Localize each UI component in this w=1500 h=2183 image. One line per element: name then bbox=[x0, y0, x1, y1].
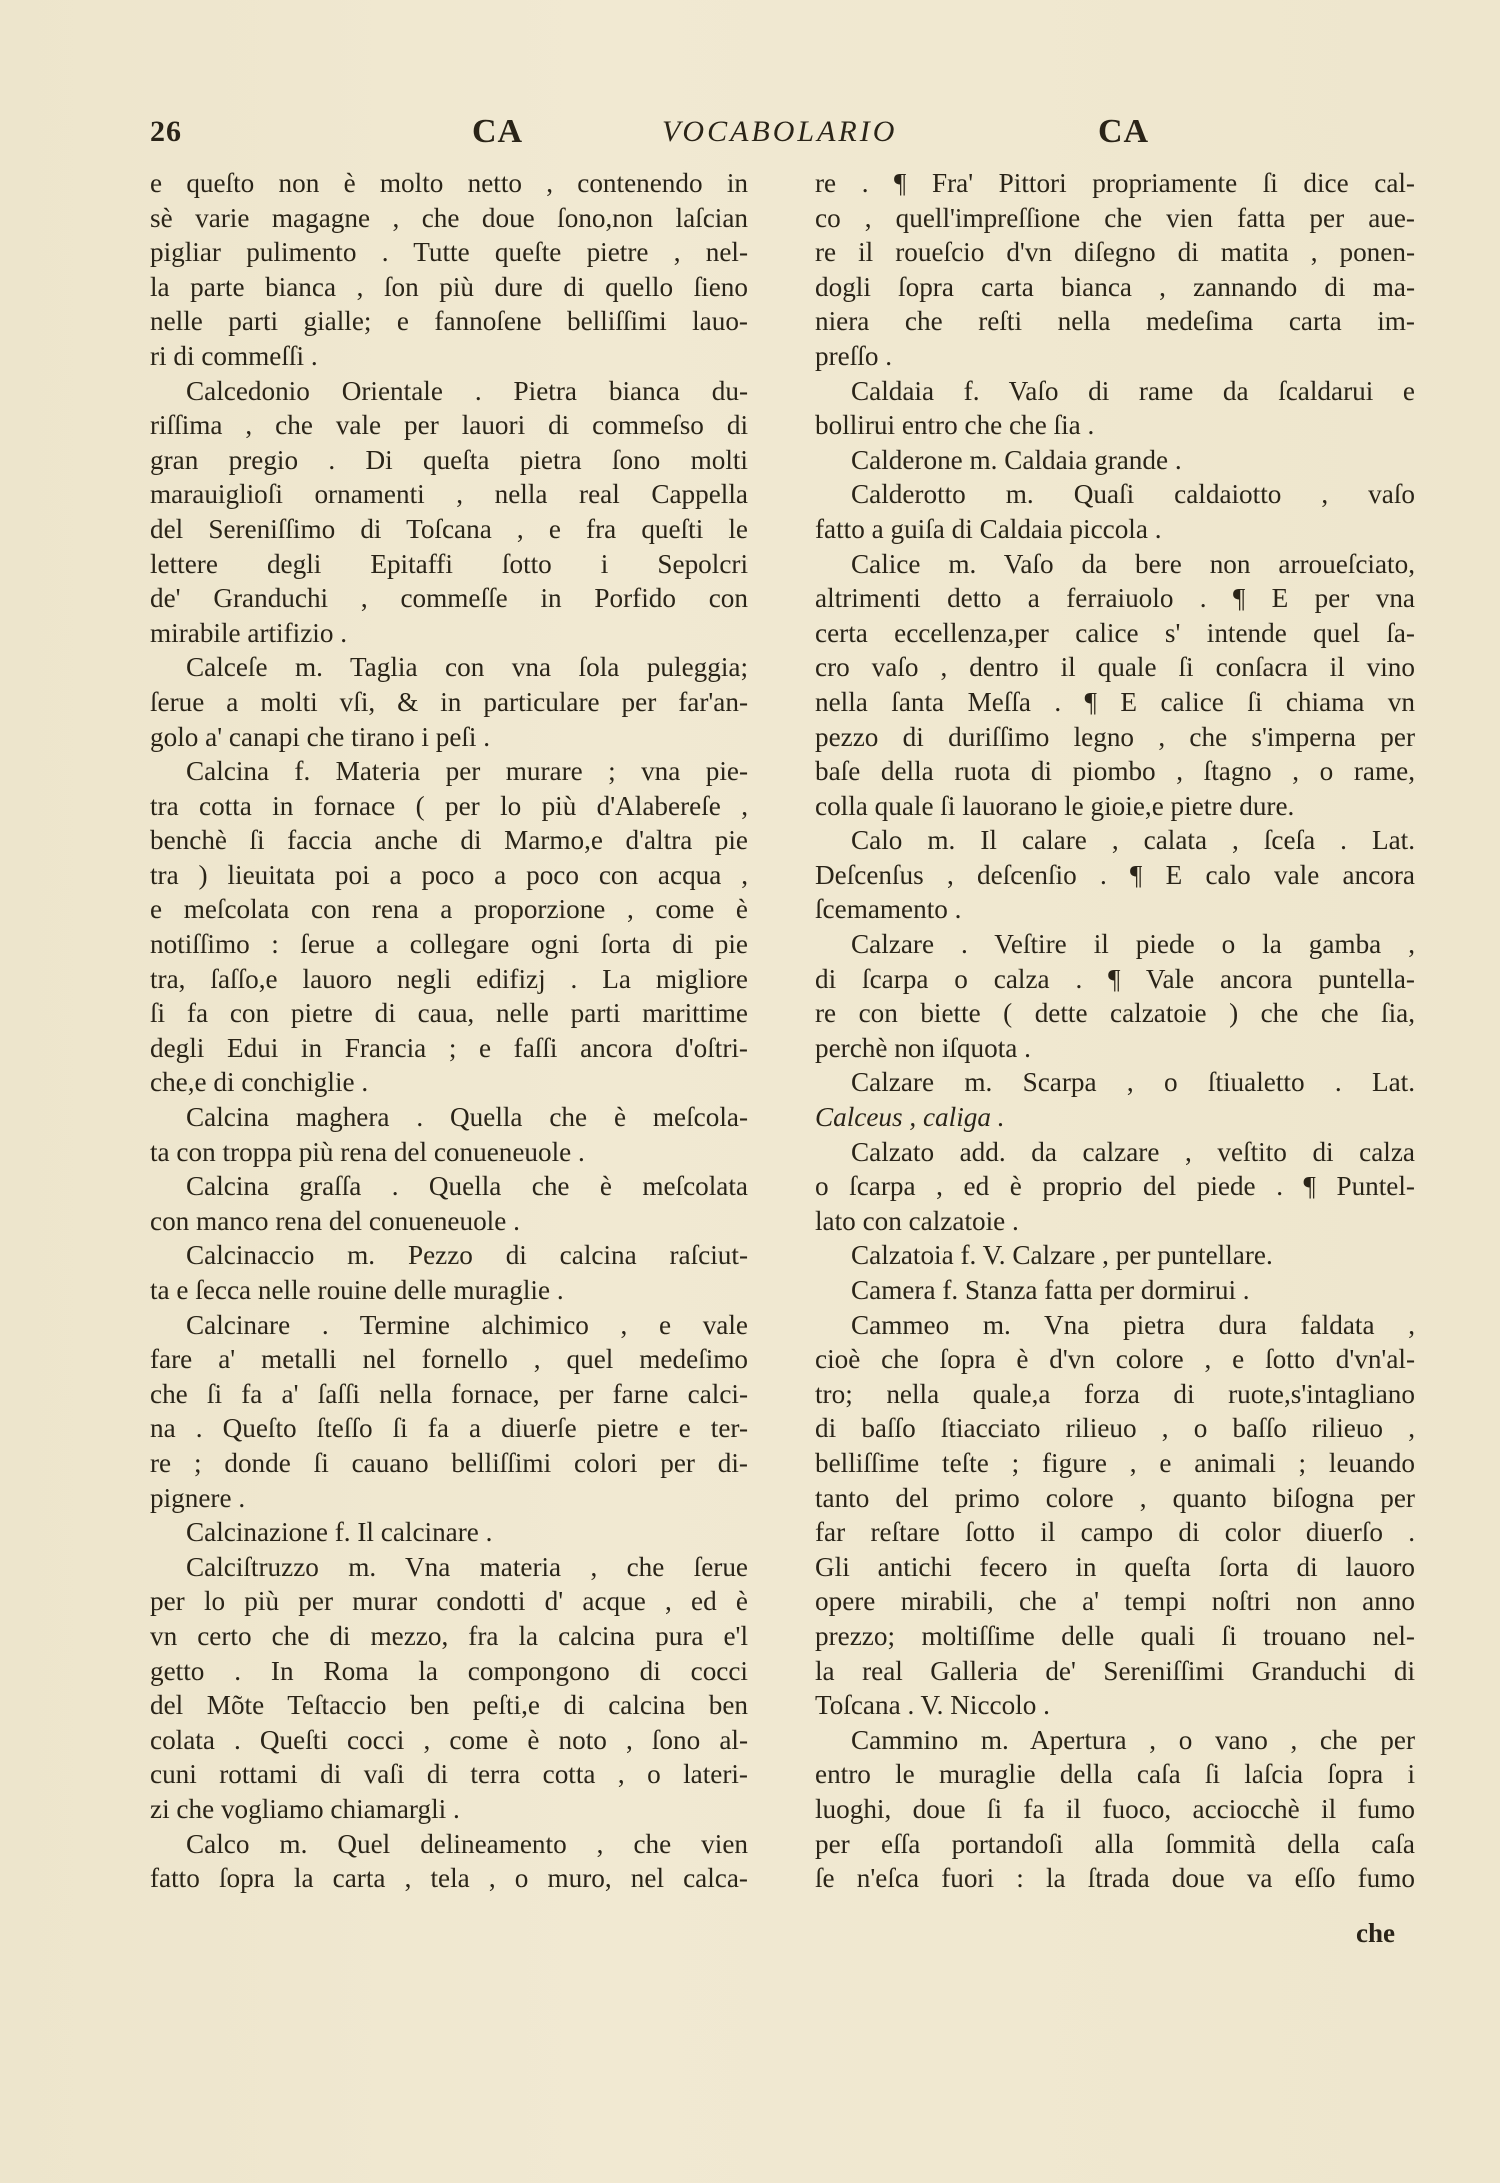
text-line: pezzo di duriſſimo legno , che s'imperna… bbox=[815, 720, 1415, 755]
text-line: vn certo che di mezzo, fra la calcina pu… bbox=[150, 1619, 748, 1654]
entry-headword-line: Calciſtruzzo m. Vna materia , che ſerue bbox=[150, 1550, 748, 1585]
text-line: de' Granduchi , commeſſe in Porfido con bbox=[150, 581, 748, 616]
page-header: 26 CA VOCABOLARIO CA bbox=[150, 112, 1160, 152]
entry-headword-line: Calice m. Vaſo da bere non arroueſciato, bbox=[815, 547, 1415, 582]
text-line: prezzo; moltiſſime delle quali ſi trouan… bbox=[815, 1619, 1415, 1654]
entry-headword-line: Calderotto m. Quaſi caldaiotto , vaſo bbox=[815, 477, 1415, 512]
guide-word-left: CA bbox=[472, 112, 523, 152]
text-line: nelle parti gialle; e fannoſene belliſſi… bbox=[150, 304, 748, 339]
text-line: na . Queſto ſteſſo ſi fa a diuerſe pietr… bbox=[150, 1411, 748, 1446]
text-line: opere mirabili, che a' tempi noſtri non … bbox=[815, 1584, 1415, 1619]
text-line: perchè non iſquota . bbox=[815, 1031, 1415, 1066]
text-line: per eſſa portandoſi alla ſommità della c… bbox=[815, 1827, 1415, 1862]
entry-headword-line: Calzare m. Scarpa , o ſtiualetto . Lat. bbox=[815, 1065, 1415, 1100]
text-line: e queſto non è molto netto , contenendo … bbox=[150, 166, 748, 201]
entry-headword-line: Calceſe m. Taglia con vna ſola puleggia; bbox=[150, 650, 748, 685]
text-line: re il roueſcio d'vn diſegno di matita , … bbox=[815, 235, 1415, 270]
text-line: la parte bianca , ſon più dure di quello… bbox=[150, 270, 748, 305]
text-line: cioè che ſopra è d'vn colore , e ſotto d… bbox=[815, 1342, 1415, 1377]
text-line: ſcemamento . bbox=[815, 892, 1415, 927]
entry-headword-line: Calzatoia f. V. Calzare , per puntellare… bbox=[815, 1238, 1415, 1273]
text-line: belliſſime teſte ; figure , e animali ; … bbox=[815, 1446, 1415, 1481]
text-line: ſerue a molti vſi, & in particulare per … bbox=[150, 685, 748, 720]
text-line: preſſo . bbox=[815, 339, 1415, 374]
entry-headword-line: Calcina graſſa . Quella che è meſcolata bbox=[150, 1169, 748, 1204]
right-column: re . ¶ Fra' Pittori propriamente ſi dice… bbox=[815, 166, 1415, 1896]
text-line: del Mõte Teſtaccio ben peſti,e di calcin… bbox=[150, 1688, 748, 1723]
text-line: riſſima , che vale per lauori di commeſs… bbox=[150, 408, 748, 443]
text-line: tra ) lieuitata poi a poco a poco con ac… bbox=[150, 858, 748, 893]
text-line: niera che reſti nella medeſima carta im- bbox=[815, 304, 1415, 339]
text-line: che ſi fa a' ſaſſi nella fornace, per fa… bbox=[150, 1377, 748, 1412]
text-line: benchè ſi faccia anche di Marmo,e d'altr… bbox=[150, 823, 748, 858]
text-line: la real Galleria de' Sereniſſimi Granduc… bbox=[815, 1654, 1415, 1689]
entry-headword-line: Calderone m. Caldaia grande . bbox=[815, 443, 1415, 478]
entry-headword-line: Calcinare . Termine alchimico , e vale bbox=[150, 1308, 748, 1343]
text-line: Deſcenſus , deſcenſio . ¶ E calo vale an… bbox=[815, 858, 1415, 893]
text-line: fatto ſopra la carta , tela , o muro, ne… bbox=[150, 1861, 748, 1896]
text-line: getto . In Roma la compongono di cocci bbox=[150, 1654, 748, 1689]
text-line: marauiglioſi ornamenti , nella real Capp… bbox=[150, 477, 748, 512]
entry-headword-line: Calcina f. Materia per murare ; vna pie- bbox=[150, 754, 748, 789]
text-line: degli Edui in Francia ; e faſſi ancora d… bbox=[150, 1031, 748, 1066]
catchword: che bbox=[1356, 1918, 1395, 1949]
text-line: pignere . bbox=[150, 1481, 748, 1516]
text-line: gran pregio . Di queſta pietra ſono molt… bbox=[150, 443, 748, 478]
text-line: cro vaſo , dentro il quale ſi conſacra i… bbox=[815, 650, 1415, 685]
entry-headword-line: Caldaia f. Vaſo di rame da ſcaldarui e bbox=[815, 374, 1415, 409]
text-line: ta con troppa più rena del conueneuole . bbox=[150, 1135, 748, 1170]
text-line: con manco rena del conueneuole . bbox=[150, 1204, 748, 1239]
text-line: far reſtare ſotto il campo di color diue… bbox=[815, 1515, 1415, 1550]
text-line: re con biette ( dette calzatoie ) che ch… bbox=[815, 996, 1415, 1031]
text-line: sè varie magagne , che doue ſono,non laſ… bbox=[150, 201, 748, 236]
text-line: cuni rottami di vaſi di terra cotta , o … bbox=[150, 1757, 748, 1792]
text-line: o ſcarpa , ed è proprio del piede . ¶ Pu… bbox=[815, 1169, 1415, 1204]
entry-headword-line: Calcinazione f. Il calcinare . bbox=[150, 1515, 748, 1550]
text-line: golo a' canapi che tirano i peſi . bbox=[150, 720, 748, 755]
text-line: Gli antichi fecero in queſta ſorta di la… bbox=[815, 1550, 1415, 1585]
text-line: certa eccellenza,per calice s' intende q… bbox=[815, 616, 1415, 651]
entry-headword-line: Cammino m. Apertura , o vano , che per bbox=[815, 1723, 1415, 1758]
text-line: lettere degli Epitaffi ſotto i Sepolcri bbox=[150, 547, 748, 582]
text-line: fatto a guiſa di Caldaia piccola . bbox=[815, 512, 1415, 547]
text-line: e meſcolata con rena a proporzione , com… bbox=[150, 892, 748, 927]
entry-headword-line: Calcinaccio m. Pezzo di calcina raſciut- bbox=[150, 1238, 748, 1273]
text-line: tro; nella quale,a forza di ruote,s'inta… bbox=[815, 1377, 1415, 1412]
text-line: bollirui entro che che ſia . bbox=[815, 408, 1415, 443]
text-line: ri di commeſſi . bbox=[150, 339, 748, 374]
text-line: del Sereniſſimo di Toſcana , e fra queſt… bbox=[150, 512, 748, 547]
text-line: luoghi, doue ſi fa il fuoco, acciocchè i… bbox=[815, 1792, 1415, 1827]
text-line: colla quale ſi lauorano le gioie,e pietr… bbox=[815, 789, 1415, 824]
text-line: di baſſo ſtiacciato rilieuo , o baſſo ri… bbox=[815, 1411, 1415, 1446]
entry-headword-line: Calcina maghera . Quella che è meſcola- bbox=[150, 1100, 748, 1135]
entry-headword-line: Calzato add. da calzare , veſtito di cal… bbox=[815, 1135, 1415, 1170]
text-line: baſe della ruota di piombo , ſtagno , o … bbox=[815, 754, 1415, 789]
entry-headword-line: Camera f. Stanza fatta per dormirui . bbox=[815, 1273, 1415, 1308]
text-line: ta e ſecca nelle rouine delle muraglie . bbox=[150, 1273, 748, 1308]
text-line: tra, ſaſſo,e lauoro negli edifizj . La m… bbox=[150, 962, 748, 997]
entry-headword-line: Calcedonio Orientale . Pietra bianca du- bbox=[150, 374, 748, 409]
text-line: colata . Queſti cocci , come è noto , ſo… bbox=[150, 1723, 748, 1758]
text-line: nella ſanta Meſſa . ¶ E calice ſi chiama… bbox=[815, 685, 1415, 720]
text-line: notiſſimo : ſerue a collegare ogni ſorta… bbox=[150, 927, 748, 962]
entry-headword-line: Calco m. Quel delineamento , che vien bbox=[150, 1827, 748, 1862]
text-line: zi che vogliamo chiamargli . bbox=[150, 1792, 748, 1827]
text-line: ſe n'eſca fuori : la ſtrada doue va eſſo… bbox=[815, 1861, 1415, 1896]
text-line: pigliar pulimento . Tutte queſte pietre … bbox=[150, 235, 748, 270]
entry-headword-line: Cammeo m. Vna pietra dura faldata , bbox=[815, 1308, 1415, 1343]
text-line: tra cotta in fornace ( per lo più d'Alab… bbox=[150, 789, 748, 824]
text-line: altrimenti detto a ferraiuolo . ¶ E per … bbox=[815, 581, 1415, 616]
text-line: che,e di conchiglie . bbox=[150, 1065, 748, 1100]
text-line: per lo più per murar condotti d' acque ,… bbox=[150, 1584, 748, 1619]
book-page: 26 CA VOCABOLARIO CA e queſto non è molt… bbox=[0, 0, 1500, 2183]
guide-word-right: CA bbox=[1098, 112, 1149, 152]
entry-headword-line: Calzare . Veſtire il piede o la gamba , bbox=[815, 927, 1415, 962]
text-line: re ; donde ſi cauano belliſſimi colori p… bbox=[150, 1446, 748, 1481]
left-column: e queſto non è molto netto , contenendo … bbox=[150, 166, 748, 1896]
text-line: fare a' metalli nel fornello , quel mede… bbox=[150, 1342, 748, 1377]
text-line: entro le muraglie della caſa ſi laſcia ſ… bbox=[815, 1757, 1415, 1792]
text-line: mirabile artifizio . bbox=[150, 616, 748, 651]
text-line: tanto del primo colore , quanto biſogna … bbox=[815, 1481, 1415, 1516]
text-line: Calceus , caliga . bbox=[815, 1100, 1415, 1135]
page-number: 26 bbox=[150, 112, 182, 152]
text-line: lato con calzatoie . bbox=[815, 1204, 1415, 1239]
text-line: dogli ſopra carta bianca , zannando di m… bbox=[815, 270, 1415, 305]
text-line: di ſcarpa o calza . ¶ Vale ancora puntel… bbox=[815, 962, 1415, 997]
text-line: Toſcana . V. Niccolo . bbox=[815, 1688, 1415, 1723]
text-line: co , quell'impreſſione che vien fatta pe… bbox=[815, 201, 1415, 236]
running-title: VOCABOLARIO bbox=[662, 112, 897, 152]
text-line: ſi fa con pietre di caua, nelle parti ma… bbox=[150, 996, 748, 1031]
entry-headword-line: Calo m. Il calare , calata , ſceſa . Lat… bbox=[815, 823, 1415, 858]
text-line: re . ¶ Fra' Pittori propriamente ſi dice… bbox=[815, 166, 1415, 201]
